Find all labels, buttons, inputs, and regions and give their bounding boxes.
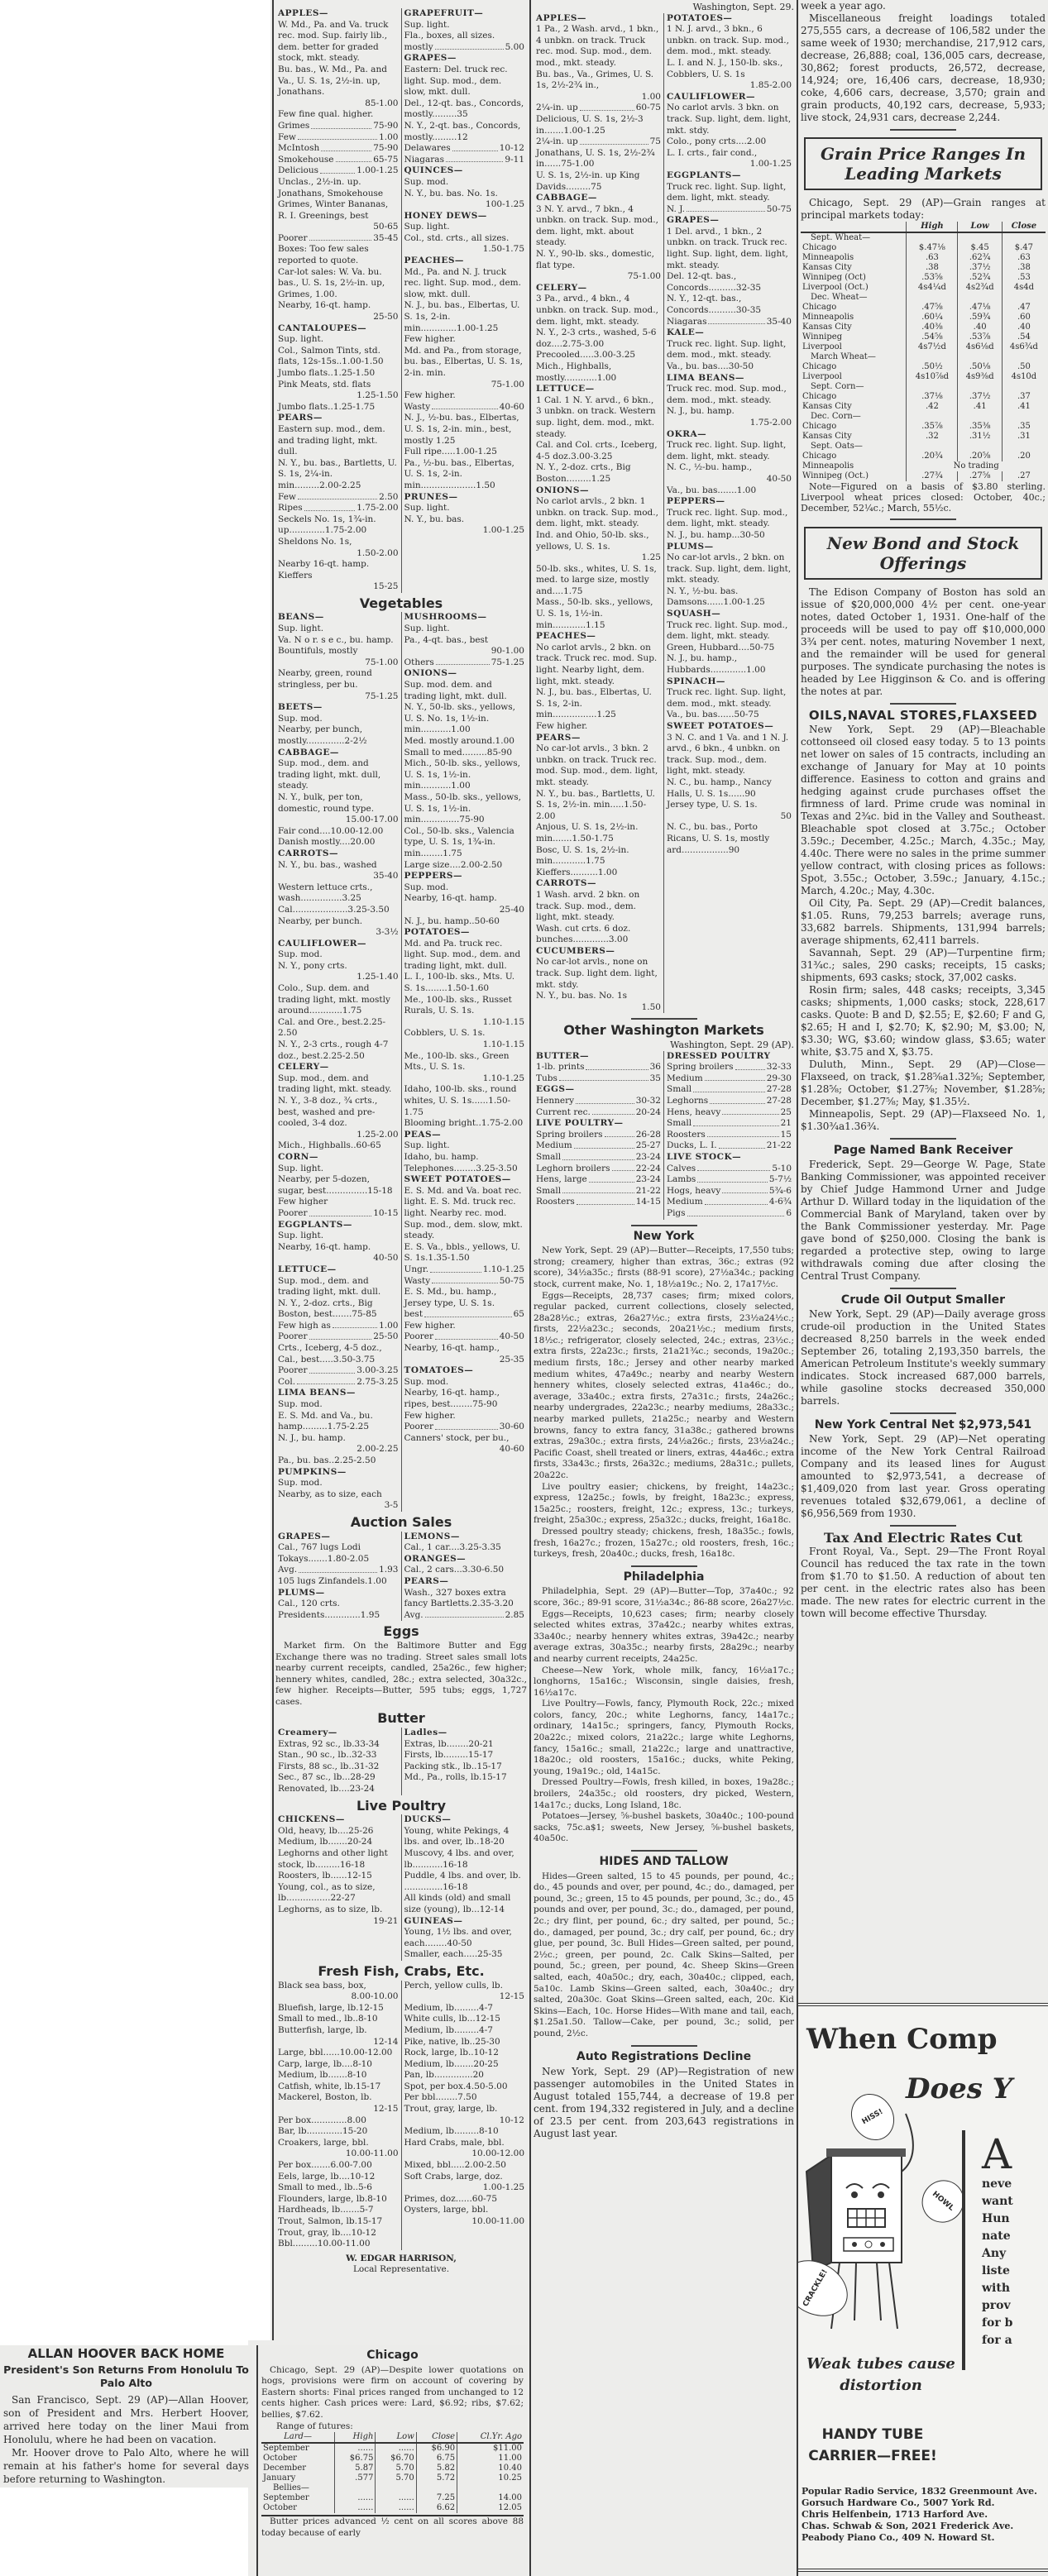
grain-group-label: Dec. Wheat—	[801, 293, 907, 303]
commodity-heading: Creamery—	[278, 1728, 399, 1739]
ad-text-line: with	[982, 2280, 1013, 2297]
live-poultry-section: CHICKENS—Old, heavy, lb....25-26Medium, …	[275, 1814, 527, 1961]
grain-row: Chicago$.47⅛$.45$.47	[801, 243, 1046, 253]
column-header: Cl.Yr. Ago	[457, 2432, 524, 2443]
paragraph: Live poultry easier; chickens, by freigh…	[534, 1482, 794, 1527]
low-price: .52¾	[958, 273, 1002, 283]
market-note: Leghorns, as to size, lb.	[278, 1905, 399, 1916]
market-note: Car-lot sales: W. Va. bu. bas., U. S. 1s…	[278, 267, 399, 301]
price-value: 75	[650, 136, 661, 148]
grain-row: Chicago.35⅞.35⅜.35	[801, 422, 1046, 432]
market-note: Me., 100-lb. sks., Green Mts., U. S. 1s.	[404, 1051, 525, 1073]
price-label: Poorer	[278, 1208, 308, 1220]
fruits-col-a: APPLES—W. Md., Pa. and Va. truck rec. mo…	[275, 8, 401, 593]
price-label: Avg.	[404, 1610, 424, 1622]
close-price: .31	[1002, 432, 1046, 442]
price-row: N. J.50-75	[667, 204, 792, 216]
commodity-heading: PEPPERS—	[404, 871, 525, 882]
price-value: 15.00-17.00	[278, 815, 399, 826]
market-note: 3 N. C. and 1 Va. and 1 N. J. arvd., 6 b…	[667, 733, 792, 777]
leader-dots	[436, 657, 490, 666]
commodity-heading: BUTTER—	[536, 1051, 661, 1063]
commodity-heading: CANTALOUPES—	[278, 323, 399, 335]
leader-dots	[435, 1422, 498, 1430]
market-note: Sup. light.	[404, 20, 525, 31]
commodity-heading: LEMONS—	[404, 1532, 525, 1543]
market-note: Sup. mod.	[278, 1399, 399, 1411]
leader-dots	[446, 155, 503, 163]
auction-col-b: LEMONS—Cal., 1 car....3.25-3.35ORANGES—C…	[401, 1532, 528, 1622]
price-row: Ungr.1.10-1.25	[404, 1264, 525, 1276]
divider	[890, 1138, 956, 1140]
grain-note: Note—Figured on a basis of $3.80 sterlin…	[801, 481, 1046, 514]
market-note: Medium, lb.......20-25	[404, 2059, 525, 2071]
price-value: 40-60	[404, 1444, 525, 1455]
price-row: Leghorns27-28	[667, 1096, 792, 1107]
price-value: 1.50-1.75	[404, 244, 525, 256]
leader-dots	[435, 42, 504, 50]
divider	[890, 519, 956, 520]
low-price: 4s6⅛d	[958, 342, 1002, 352]
hides-heading: HIDES AND TALLOW	[534, 1857, 794, 1868]
signature-name: W. EDGAR HARRISON,	[275, 2253, 527, 2265]
market-note: Roosters, lb......12-15	[278, 1871, 399, 1882]
butter-col-b: Ladles—Extras, lb........20-21Firsts, lb…	[401, 1728, 528, 1795]
price-row: Small21	[667, 1118, 792, 1130]
leader-dots	[298, 492, 377, 500]
price-row: best65	[404, 1309, 525, 1321]
empty-cell	[335, 2483, 376, 2493]
price-label: Ungr.	[404, 1264, 429, 1276]
market-note: Nearby, 16-qt. hamp., ripes, best.......…	[404, 1388, 525, 1410]
leader-dots	[309, 1331, 372, 1340]
price-row: Poorer35-45	[278, 233, 399, 245]
hoover-headline: ALLAN HOOVER BACK HOME	[3, 2347, 249, 2360]
price-label: Grimes	[278, 121, 309, 132]
market-note: Seckels No. 1s, 1¾-in. up.............1.…	[278, 514, 399, 537]
price-value: 1.25-2.00	[278, 1130, 399, 1141]
lard-group-row: Bellies—	[261, 2483, 524, 2493]
price-value: 50-75	[500, 1276, 524, 1288]
low-price: .62¾	[958, 253, 1002, 263]
market-name: Chicago	[801, 422, 907, 432]
dealer-listing: Peabody Piano Co., 409 N. Howard St.	[802, 2532, 1046, 2544]
leader-dots	[333, 1321, 377, 1329]
price-row: Hogs, heavy5¾-6	[667, 1186, 792, 1197]
paragraph: Philadelphia, Sept. 29 (AP)—Butter—Top, …	[534, 1586, 794, 1608]
market-note: Sheldons No. 1s,	[278, 537, 399, 548]
empty-cell	[958, 382, 1002, 392]
price-label: Calves	[667, 1164, 696, 1175]
price-row: Calves5-10	[667, 1164, 792, 1175]
financial-column: week a year ago. Miscellaneous freight l…	[801, 0, 1046, 2001]
empty-cell	[1002, 412, 1046, 422]
divider	[890, 703, 956, 705]
low-price: .41	[958, 402, 1002, 412]
baltimore-produce-column: APPLES—W. Md., Pa. and Va. truck rec. mo…	[275, 8, 527, 2340]
butter-col-a: Creamery—Extras, 92 sc., lb.33-34Stan., …	[275, 1728, 401, 1795]
empty-cell	[416, 2483, 457, 2493]
close-price: .27	[1002, 471, 1046, 481]
market-note: Truck rec. light. Sup. light, dem. light…	[667, 182, 792, 204]
price-value: 4-6¾	[769, 1197, 792, 1208]
year-ago-price: 10.25	[457, 2473, 524, 2483]
chicago-outro: Butter prices advanced ½ cent on all sco…	[261, 2515, 524, 2539]
paragraph: Eggs—Receipts, 28,737 cases; firm; mixed…	[534, 1291, 794, 1482]
market-note: N. Y., bu. bas., washed	[278, 860, 399, 872]
butter-heading: Butter	[275, 1713, 527, 1724]
price-label: Delicious	[278, 165, 318, 177]
price-label: Pigs	[667, 1208, 686, 1220]
market-note: Nearby, per 5-dozen, sugar, best........…	[278, 1174, 399, 1197]
market-note: Bu. bas., W. Md., Pa. and Va., U. S. 1s,…	[278, 65, 399, 98]
eggs-heading: Eggs	[275, 1626, 527, 1637]
paragraph: Minneapolis, Sept. 29 (AP)—Flaxseed No. …	[801, 1108, 1046, 1133]
low-price: .47⅛	[958, 303, 1002, 313]
market-note: Crts., Iceberg, 4-5 doz., Cal., best....…	[278, 1343, 399, 1365]
market-note: White culls, lb...12-15	[404, 2014, 525, 2025]
poultry-col-b: DUCKS—Young, white Pekings, 4 lbs. and o…	[401, 1814, 528, 1961]
price-label: Medium	[667, 1197, 703, 1208]
high-price: 5.87	[335, 2464, 376, 2473]
commodity-heading: GRAPES—	[404, 53, 525, 65]
price-value: 6	[786, 1208, 792, 1220]
market-name: Minneapolis	[801, 461, 907, 471]
commodity-heading: CARROTS—	[278, 848, 399, 860]
market-note: N. Y., bulk, per ton, domestic, round ty…	[278, 792, 399, 815]
market-note: Few fine qual. higher.	[278, 109, 399, 121]
commodity-heading: BEANS—	[278, 612, 399, 624]
nyc-heading: New York Central Net $2,973,541	[801, 1419, 1046, 1431]
market-note: N. Y., bu. bas., Bartletts, U. S. 1s, 2¼…	[278, 458, 399, 492]
dealer-listing: Popular Radio Service, 1832 Greenmount A…	[802, 2486, 1046, 2497]
grain-group-row: Dec. Wheat—	[801, 293, 1046, 303]
dealer-listing: Chas. Schwab & Son, 2021 Frederick Ave.	[802, 2521, 1046, 2532]
paragraph: Dressed poultry steady; chickens, fresh,…	[534, 1527, 794, 1560]
market-note: Mass., 50-lb. sks., yellows, U. S. 1s, 1…	[536, 597, 661, 631]
market-note: Cal....................3.25-3.50	[278, 905, 399, 916]
grain-row: Winnipeg.54⅝.53⅞.54	[801, 332, 1046, 342]
high-price: .50½	[907, 362, 958, 372]
price-value: 12-14	[278, 2037, 399, 2048]
market-name: Liverpool	[801, 342, 907, 352]
market-note: 1 Del. arvd., 1 bkn., 2 unbkn. on track.…	[667, 227, 792, 271]
leader-dots	[336, 155, 372, 163]
ad-text-line: nate	[982, 2228, 1013, 2245]
price-value: 25-35	[404, 1355, 525, 1366]
grain-row: Liverpool (Oct.)4s4¼d4s2¾d4s4d	[801, 283, 1046, 293]
market-note: Fair cond....10.00-12.00	[278, 826, 399, 838]
commodity-heading: PLUMS—	[667, 542, 792, 553]
market-note: Jonathans, U. S. 1s, 2½-2¾ in......75-1.…	[536, 148, 661, 170]
price-row: Tubs35	[536, 1073, 661, 1085]
market-note: N. Y., 3-8 doz., ¾ crts., best, washed a…	[278, 1096, 399, 1130]
divider	[631, 1850, 697, 1852]
divider	[631, 1018, 697, 1020]
market-note: Cal., 120 crts. Presidents.............1…	[278, 1599, 399, 1621]
market-note: No carlot arvls., 2 bkn. on track. Truck…	[536, 643, 661, 687]
low-price: ......	[376, 2503, 416, 2513]
price-row: Poorer25-50	[278, 1331, 399, 1343]
ad-text-line: for a	[982, 2332, 1013, 2349]
market-note: Bluefish, large, lb.12-15	[278, 2003, 399, 2014]
paragraph: New York, Sept. 29 (AP)—Bleachable cotto…	[801, 724, 1046, 897]
market-note: Carp, large, lb....8-10	[278, 2059, 399, 2071]
oils-heading: OILS,NAVAL STORES,FLAXSEED	[801, 710, 1046, 722]
commodity-heading: SWEET POTATOES—	[667, 721, 792, 733]
market-note: Va., bu. bas.......1.00	[667, 485, 792, 497]
market-note: Canners' stock, per bu.,	[404, 1433, 525, 1445]
grain-group-label: Sept. Corn—	[801, 382, 907, 392]
price-row: Delicious1.00-1.25	[278, 165, 399, 177]
nyc-body: New York, Sept. 29 (AP)—Net operating in…	[801, 1433, 1046, 1520]
market-note: E. S. Md. and Va., bu. hamp.........1.75…	[278, 1411, 399, 1433]
other-washington-dateline: Washington, Sept. 29 (AP).	[534, 1039, 794, 1051]
price-value: 3-3½	[278, 927, 399, 939]
grain-group-row: Sept. Corn—	[801, 382, 1046, 392]
market-note: N. Y., bu. bas. No. 1s	[536, 991, 661, 1002]
price-value: 3-5	[278, 1500, 399, 1512]
market-note: No car-lot arvls., none on track. Sup. l…	[536, 957, 661, 991]
commodity-heading: HONEY DEWS—	[404, 211, 525, 222]
price-label: Wasty	[404, 402, 431, 413]
leader-dots	[298, 132, 377, 141]
ad-dealers: Popular Radio Service, 1832 Greenmount A…	[802, 2486, 1046, 2544]
leader-dots	[605, 1130, 634, 1138]
market-note: Eastern sup. mod., dem. and trading ligh…	[278, 424, 399, 458]
ad-offer: HANDY TUBE CARRIER—FREE!	[798, 2424, 947, 2467]
market-note: Croakers, large, bbl.	[278, 2138, 399, 2149]
grain-title-box: Grain Price Ranges In Leading Markets	[804, 137, 1042, 190]
tax-heading: Tax And Electric Rates Cut	[801, 1532, 1046, 1544]
market-name: Chicago	[801, 392, 907, 402]
leader-dots	[309, 1365, 356, 1374]
price-label: Wasty	[404, 1276, 431, 1288]
ad-headline: When Comp	[806, 2023, 998, 2056]
grain-row: Chicago.47⅝.47⅛.47	[801, 303, 1046, 313]
paragraph: Live Poultry—Fowls, fancy, Plymouth Rock…	[534, 1699, 794, 1777]
grain-group-label: Sept. Wheat—	[801, 232, 907, 243]
empty-cell	[1002, 232, 1046, 243]
price-row: Poorer3.00-3.25	[278, 1365, 399, 1377]
price-row: Col.2.75-3.25	[278, 1377, 399, 1388]
high-price: $6.75	[335, 2454, 376, 2464]
price-label: Poorer	[404, 1331, 434, 1343]
grain-row: Kansas City.32.31½.31	[801, 432, 1046, 442]
paragraph: New York, Sept. 29 (AP)—Butter—Receipts,…	[534, 1245, 794, 1290]
price-value: 27-28	[767, 1084, 792, 1096]
market-note: Renovated, lb....23-24	[278, 1784, 399, 1795]
lard-row: October$6.75$6.706.7511.00	[261, 2454, 524, 2464]
price-value: 75-1.25	[278, 691, 399, 703]
fish-col-b: Perch, yellow culls, lb.12-15Medium, lb.…	[401, 1981, 528, 2250]
market-note: Sup. light.	[404, 1140, 525, 1152]
market-note: Few higher.	[404, 334, 525, 346]
market-note: Del. 12-qt. bas., Concords..........32-3…	[667, 271, 792, 294]
grain-group-row: March Wheat—	[801, 352, 1046, 362]
market-note: Mixed, bbl.....2.00-2.50	[404, 2160, 525, 2172]
divider	[890, 1525, 956, 1527]
price-row: mostly5.00	[404, 42, 525, 54]
price-value: 36	[650, 1062, 661, 1073]
divider	[890, 129, 956, 131]
market-note: Va. N o r. s e c., bu. hamp. Bountifuls,…	[278, 635, 399, 657]
low-price: .50⅛	[958, 362, 1002, 372]
market-note: Me., 100-lb. sks., Russet Rurals, U. S. …	[404, 995, 525, 1017]
price-value: 2.50	[379, 492, 398, 504]
ad-text-line: want	[982, 2193, 1013, 2210]
market-note: 1 N. J. arvd., 3 bkn., 6 unbkn. on track…	[667, 24, 792, 58]
veg-col-b: MUSHROOMS—Sup. light.Pa., 4-qt. bas., be…	[401, 612, 528, 1512]
leader-dots	[424, 1309, 512, 1317]
commodity-heading: CABBAGE—	[278, 748, 399, 759]
price-value: 1.00-1.25	[404, 525, 525, 537]
commodity-heading: POTATOES—	[404, 927, 525, 939]
leader-dots	[309, 233, 372, 241]
year-ago-price: 10.40	[457, 2464, 524, 2473]
market-note: Catfish, white, lb.15-17	[278, 2081, 399, 2093]
price-value: 27-28	[767, 1096, 792, 1107]
divider	[890, 1288, 956, 1289]
market-note: Idaho, bu. hamp. Telephones........3.25-…	[404, 1152, 525, 1174]
fruits-col-b: GRAPEFRUIT—Sup. light.Fla., boxes, all s…	[401, 8, 528, 593]
market-note: N. Y., 2-doz. crts., Big Boston.........…	[536, 462, 661, 485]
market-name: Kansas City	[801, 263, 907, 273]
commodity-heading: GRAPEFRUIT—	[404, 8, 525, 20]
leader-dots	[577, 1197, 634, 1205]
price-label: Few	[278, 492, 296, 504]
price-row: Avg.1.93	[278, 1565, 399, 1576]
market-note: 1 Cal. 1 N. Y. arvd., 6 bkn., 3 unbkn. o…	[536, 395, 661, 440]
low-price: .37½	[958, 263, 1002, 273]
commodity-heading: OKRA—	[667, 429, 792, 441]
price-value: 10.00-12.00	[404, 2148, 525, 2160]
month: September	[261, 2493, 335, 2503]
ad-subheadline: Does Y	[906, 2072, 1012, 2105]
leader-dots	[580, 136, 648, 145]
paragraph: Rosin firm; sales, 448 casks; receipts, …	[801, 984, 1046, 1059]
high-price: ......	[335, 2493, 376, 2503]
price-value: 9-11	[505, 155, 524, 166]
price-value: 2.00-2.25	[278, 1444, 399, 1455]
market-note: Muscovy, 4 lbs. and over, lb...........1…	[404, 1848, 525, 1871]
price-row: Few1.00	[278, 132, 399, 144]
price-label: Leghorns	[667, 1096, 708, 1107]
price-label: Poorer	[278, 1331, 308, 1343]
market-note: Delicious, U. S. 1s, 2½-3 in.......1.00-…	[536, 114, 661, 136]
commodity-heading: PUMPKINS—	[278, 1467, 399, 1479]
leader-dots	[705, 1073, 765, 1082]
year-ago-price: 12.05	[457, 2503, 524, 2513]
commodity-heading: SQUASH—	[667, 609, 792, 620]
market-note: Kieffers..........1.00	[536, 867, 661, 879]
divider	[631, 1565, 697, 1567]
month: January	[261, 2473, 335, 2483]
commodity-heading: PEACHES—	[536, 631, 661, 643]
market-note: Few higher.	[404, 1321, 525, 1332]
market-note: N. J., bu. hamp.	[278, 1433, 399, 1445]
leader-dots	[580, 103, 634, 111]
empty-cell	[907, 412, 958, 422]
leader-dots	[612, 1164, 634, 1172]
divider	[890, 1412, 956, 1414]
market-name: Kansas City	[801, 323, 907, 332]
price-value: 75-1.00	[536, 271, 661, 283]
market-note: Stan., 90 sc., lb..32-33	[278, 1750, 399, 1761]
price-label: Roosters	[667, 1130, 706, 1141]
ad-text-line: for b	[982, 2315, 1013, 2332]
price-label: Smokehouse	[278, 155, 334, 166]
high-price: .54⅝	[907, 332, 958, 342]
grain-row: Chicago.20¾.20⅝.20	[801, 452, 1046, 461]
market-note: Young, 1½ lbs. and over, each........40-…	[404, 1927, 525, 1949]
leader-dots	[562, 1186, 634, 1194]
market-note: Cobblers, U. S. 1s.	[404, 1028, 525, 1039]
price-value: 75-90	[373, 121, 398, 132]
lard-row: January.5775.705.7210.25	[261, 2473, 524, 2483]
price-value: 75-1.00	[278, 657, 399, 669]
paragraph: Potatoes—Jersey, ⅝-bushel baskets, 30a40…	[534, 1811, 794, 1845]
close-price: 5.82	[416, 2464, 457, 2473]
tax-body: Front Royal, Va., Sept. 29—The Front Roy…	[801, 1546, 1046, 1620]
close-price: 4s10d	[1002, 372, 1046, 382]
market-note: 105 lugs Zinfandels.1.00	[278, 1576, 399, 1588]
paragraph: Cheese—New York, whole milk, fancy, 16½a…	[534, 1666, 794, 1699]
ad-text-line: liste	[982, 2263, 1013, 2280]
commodity-heading: GRAPES—	[667, 215, 792, 227]
market-note: Va., bu. bas....30-50	[667, 361, 792, 373]
market-note: Trout, gray, large, lb.	[404, 2104, 525, 2115]
market-name: Chicago	[801, 362, 907, 372]
close-price: .40	[1002, 323, 1046, 332]
high-price: .63	[907, 253, 958, 263]
empty-cell	[907, 232, 958, 243]
market-note: Pan, lb..............20	[404, 2070, 525, 2081]
close-price: $6.90	[416, 2443, 457, 2454]
low-price: .20⅝	[958, 452, 1002, 461]
price-value: 5.00	[505, 42, 524, 54]
market-note: Nearby, as to size, each	[278, 1489, 399, 1501]
market-note: Sup. light.	[278, 624, 399, 635]
paragraph: Savannah, Sept. 29 (AP)—Turpentine firm;…	[801, 947, 1046, 984]
freight-body: Miscellaneous freight loadings totaled 2…	[801, 12, 1046, 124]
market-note: No car-lot arvls., 3 bkn. 2 unbkn. on tr…	[536, 743, 661, 788]
chicago-intro: Chicago, Sept. 29 (AP)—Despite lower quo…	[261, 2365, 524, 2421]
price-row: Hens, large23-24	[536, 1174, 661, 1186]
price-value: 1.00	[379, 1321, 398, 1332]
price-row: McIntosh75-90	[278, 143, 399, 155]
hoover-article: ALLAN HOOVER BACK HOME President's Son R…	[0, 2345, 252, 2488]
price-value: 1.50-2.00	[278, 548, 399, 560]
price-value: 25-40	[404, 905, 525, 916]
price-value: 1.10-1.25	[404, 1073, 525, 1085]
market-note: Eastern: Del. truck rec. light. Sup. mod…	[404, 65, 525, 98]
column-header: Lard—	[261, 2432, 335, 2443]
price-value: 2.85	[505, 1610, 524, 1622]
market-note: Precooled.....3.00-3.25	[536, 350, 661, 361]
price-value: 75-1.25	[491, 657, 524, 669]
price-value: 75-1.00	[404, 380, 525, 391]
market-note: Puddle, 4 lbs. and over, lb. ...........…	[404, 1871, 525, 1893]
market-name: Kansas City	[801, 402, 907, 412]
market-note: Del., 12-qt. bas., Concords, mostly.....…	[404, 98, 525, 121]
high-price: .60¼	[907, 313, 958, 323]
market-name: Liverpool	[801, 372, 907, 382]
chicago-provisions: Chicago Chicago, Sept. 29 (AP)—Despite l…	[256, 2345, 527, 2576]
commodity-heading: CELERY—	[536, 283, 661, 294]
new-york-heading: New York	[534, 1231, 794, 1243]
market-note: Jumbo flats..1.25-1.50	[278, 368, 399, 380]
